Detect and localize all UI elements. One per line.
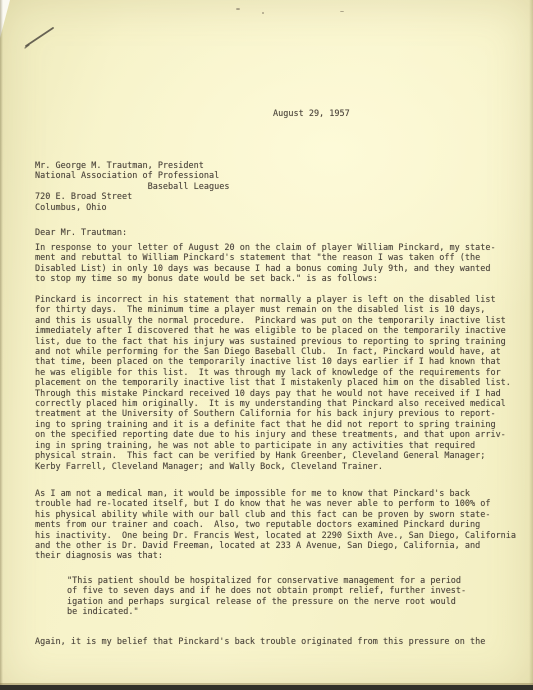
- scan-bottom-edge: [0, 685, 533, 690]
- scan-speck: [236, 8, 240, 10]
- pencil-check-mark: [18, 18, 66, 54]
- paragraph-closing-belief: Again, it is my belief that Pinckard's b…: [35, 637, 485, 647]
- letter-page: August 29, 1957 Mr. George M. Trautman, …: [0, 0, 533, 690]
- paragraph-disabled-list-explanation: Pinckard is incorrect in his statement t…: [35, 295, 511, 472]
- paragraph-medical-opinion: As I am not a medical man, it would be i…: [35, 489, 516, 562]
- scan-right-edge: [529, 0, 533, 690]
- letter-date: August 29, 1957: [273, 109, 350, 119]
- scan-speck: [262, 12, 264, 14]
- doctors-diagnosis-quote: "This patient should be hospitalized for…: [67, 576, 466, 618]
- salutation: Dear Mr. Trautman:: [35, 228, 127, 238]
- recipient-address: Mr. George M. Trautman, President Nation…: [35, 161, 229, 213]
- scan-speck: [340, 11, 344, 12]
- scan-left-edge: [0, 0, 3, 690]
- paragraph-response-intro: In response to your letter of August 20 …: [35, 243, 496, 285]
